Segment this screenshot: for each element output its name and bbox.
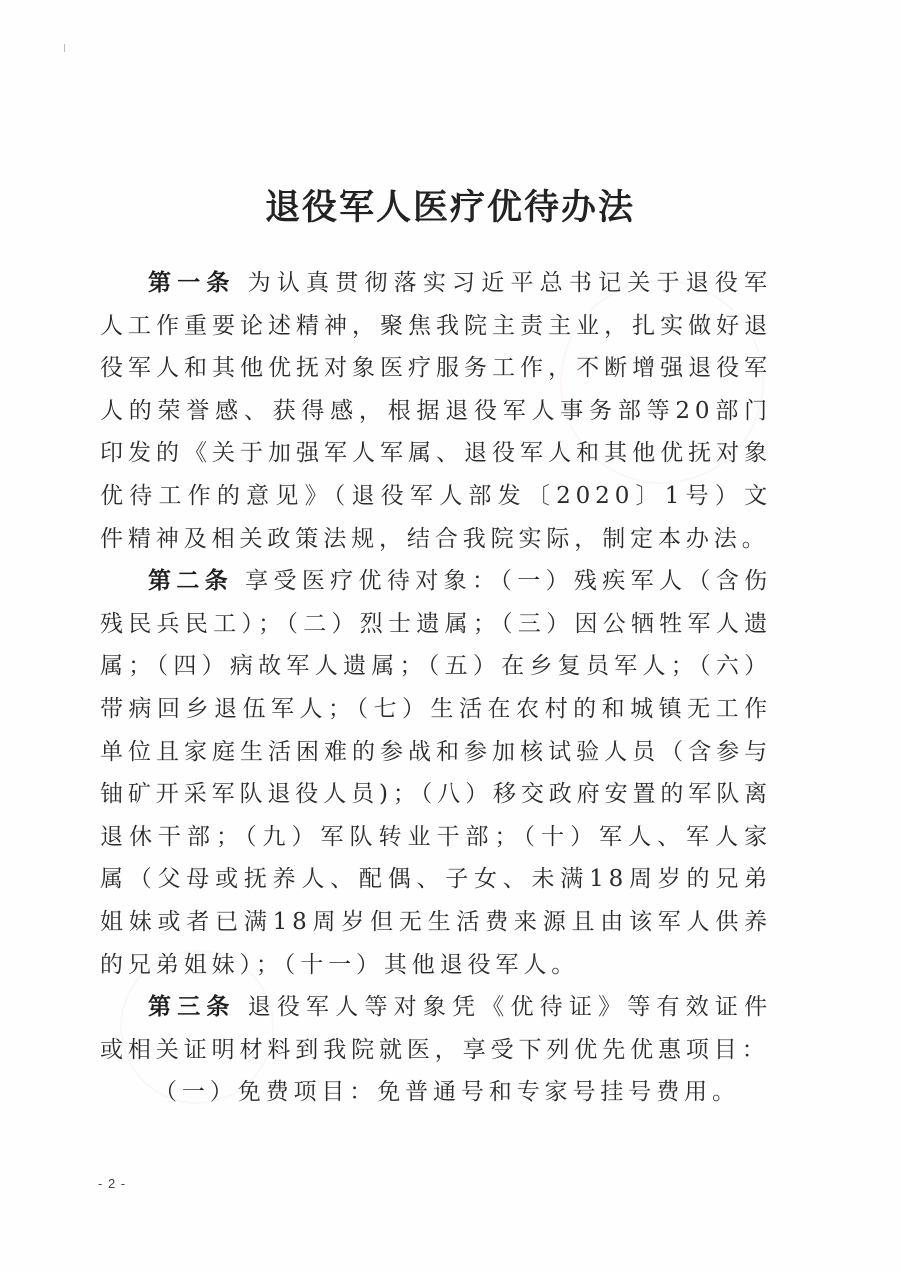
article-label: 第三条 — [148, 994, 236, 1020]
document-body: 第一条为认真贯彻落实习近平总书记关于退役军人工作重要论述精神，聚焦我院主责主业，… — [100, 262, 772, 1114]
article-1: 第一条为认真贯彻落实习近平总书记关于退役军人工作重要论述精神，聚焦我院主责主业，… — [100, 262, 772, 560]
article-label: 第一条 — [148, 270, 236, 296]
article-label: 第二条 — [148, 568, 233, 594]
article-text: 享受医疗优待对象：（一）残疾军人（含伤残民兵民工）；（二）烈士遗属；（三）因公牺… — [100, 568, 772, 977]
article-2: 第二条享受医疗优待对象：（一）残疾军人（含伤残民兵民工）；（二）烈士遗属；（三）… — [100, 560, 772, 986]
page-number: - 2 - — [98, 1176, 126, 1191]
article-3-item-1: （一）免费项目：免普通号和专家号挂号费用。 — [100, 1071, 772, 1114]
article-3: 第三条退役军人等对象凭《优待证》等有效证件或相关证明材料到我院就医，享受下列优先… — [100, 986, 772, 1071]
article-text: 为认真贯彻落实习近平总书记关于退役军人工作重要论述精神，聚焦我院主责主业，扎实做… — [100, 270, 772, 552]
document-page: 退役军人医疗优待办法 第一条为认真贯彻落实习近平总书记关于退役军人工作重要论述精… — [0, 0, 900, 1271]
scan-artifact — [64, 44, 65, 52]
document-title: 退役军人医疗优待办法 — [0, 183, 900, 233]
